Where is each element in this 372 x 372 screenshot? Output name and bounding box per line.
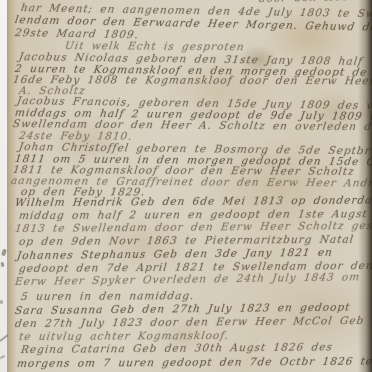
manuscript-line: op den 9den Novr 1863 te Pietermaritzbur…: [18, 234, 355, 248]
manuscript-line: den 27th July 1823 door den Eerw Heer Mc…: [14, 315, 365, 330]
manuscript-photo: door den Heermanshar Meent; en aangenome…: [0, 0, 372, 372]
manuscript-line: Regina Catarina Geb den 30th Augst 1826 …: [20, 341, 333, 356]
manuscript-line: te uitvlug achter Kogmanskloof.: [18, 330, 230, 343]
ink-speck: [0, 300, 3, 304]
page-right-shadow: [358, 0, 372, 372]
manuscript-line: 1813 te Swellendam door den Eerw Heer Sc…: [14, 220, 372, 235]
manuscript-line: morgens om 7 uuren gedoopt den 7de Octbr…: [16, 356, 372, 370]
manuscript-line: 29ste Maard 1809.: [14, 27, 140, 41]
manuscript-page: door den Heermanshar Meent; en aangenome…: [7, 0, 372, 372]
manuscript-line: door den Heermans: [258, 0, 372, 5]
manuscript-line: 5 uuren in den namiddag.: [20, 290, 195, 303]
manuscript-text: door den Heermanshar Meent; en aangenome…: [7, 0, 372, 372]
manuscript-line: Wilhelm Hendrik Geb den 6de Mei 1813 op …: [14, 194, 372, 209]
